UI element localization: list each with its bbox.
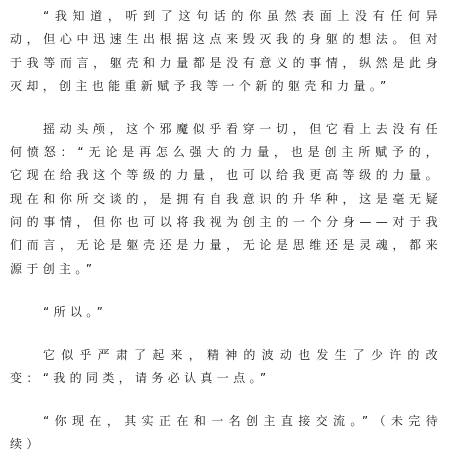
paragraph-5: “你现在，其实正在和一名创主直接交流。”（未完待续） — [10, 410, 442, 457]
paragraph-4: 它似乎严肃了起来，精神的波动也发生了少许的改变：“我的同类，请务必认真一点。” — [10, 344, 442, 391]
paragraph-1: “我知道，听到了这句话的你虽然表面上没有任何异动，但心中迅速生出根据这点来毁灭我… — [10, 5, 442, 98]
document-body: “我知道，听到了这句话的你虽然表面上没有任何异动，但心中迅速生出根据这点来毁灭我… — [10, 5, 442, 457]
paragraph-2: 摇动头颅，这个邪魔似乎看穿一切，但它看上去没有任何愤怒：“无论是再怎么强大的力量… — [10, 118, 442, 281]
paragraph-3: “所以。” — [10, 301, 442, 324]
